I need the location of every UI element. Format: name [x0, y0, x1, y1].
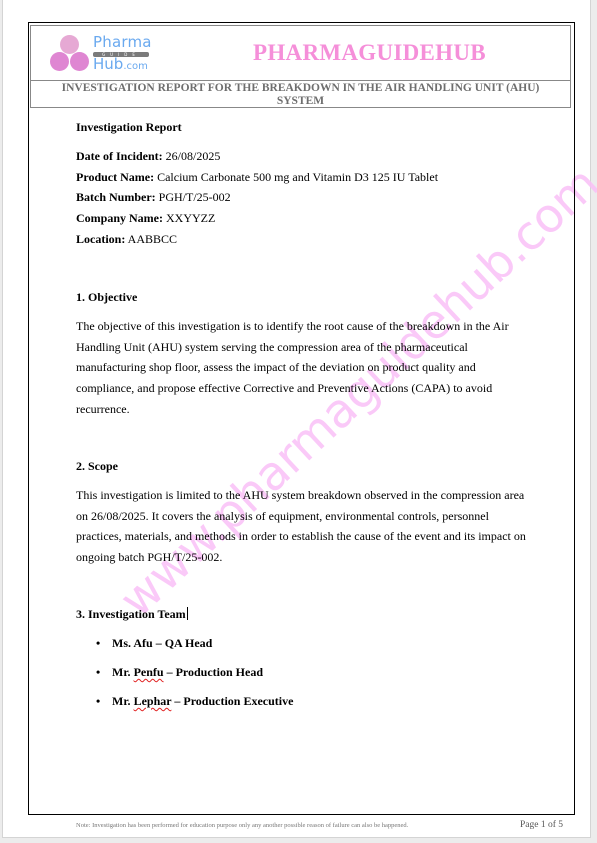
- field-label: Location:: [76, 232, 125, 246]
- scope-paragraph: This investigation is limited to the AHU…: [76, 485, 536, 568]
- section-heading-scope: 2. Scope: [76, 459, 118, 473]
- header-table: Pharma GUIDE Hub.com PHARMAGUIDEHUB INVE…: [30, 25, 571, 108]
- team-member-text: Mr. Lephar – Production Executive: [112, 694, 293, 708]
- team-member-text: Mr. Penfu – Production Head: [112, 665, 263, 679]
- logo-circle-icon: [60, 35, 79, 54]
- brand-title: PHARMAGUIDEHUB: [253, 40, 486, 66]
- bullet-icon: •: [96, 665, 100, 679]
- paragraph-line: This investigation is limited to the AHU…: [76, 485, 536, 506]
- spellcheck-flagged-word[interactable]: Lephar: [134, 694, 172, 708]
- field-label: Batch Number:: [76, 190, 156, 204]
- bullet-icon: •: [96, 636, 100, 650]
- logo-circle-icon: [50, 52, 69, 71]
- field-label: Date of Incident:: [76, 149, 163, 163]
- field-label: Product Name:: [76, 170, 154, 184]
- field-value: PGH/T/25-002: [156, 190, 231, 204]
- footer-note: Note: Investigation has been performed f…: [76, 822, 408, 829]
- field-product-name: Product Name: Calcium Carbonate 500 mg a…: [76, 170, 438, 184]
- field-batch-number: Batch Number: PGH/T/25-002: [76, 190, 231, 204]
- details-heading: Investigation Report: [76, 120, 182, 134]
- field-company-name: Company Name: XXYYZZ: [76, 211, 215, 225]
- paragraph-line: manufacturing shop floor, assess the imp…: [76, 357, 536, 378]
- paragraph-line: Handling Unit (AHU) system serving the c…: [76, 337, 536, 358]
- field-value: AABBCC: [125, 232, 177, 246]
- text-cursor: [187, 607, 188, 620]
- page-total: 5: [558, 820, 563, 830]
- document-page: www.pharmaguidehub.com Pharma GUIDE Hub.…: [2, 0, 591, 838]
- section-heading-investigation-team[interactable]: 3. Investigation Team: [76, 607, 188, 621]
- logo-dotcom: .com: [123, 61, 148, 72]
- team-member-text: Ms. Afu – QA Head: [112, 636, 212, 650]
- pharmaguidehub-logo: Pharma GUIDE Hub.com: [48, 33, 158, 75]
- section-heading-objective: 1. Objective: [76, 290, 137, 304]
- logo-hub: Hub: [93, 55, 123, 73]
- paragraph-line: ongoing batch PGH/T/25-002.: [76, 547, 536, 568]
- field-value: XXYYZZ: [163, 211, 215, 225]
- paragraph-line: practices, materials, and methods in ord…: [76, 526, 536, 547]
- report-title-line1: INVESTIGATION REPORT FOR THE BREAKDOWN I…: [31, 82, 570, 95]
- field-value: 26/08/2025: [163, 149, 221, 163]
- paragraph-line: The objective of this investigation is t…: [76, 316, 536, 337]
- logo-circle-icon: [70, 52, 89, 71]
- paragraph-line: compliance, and propose effective Correc…: [76, 378, 536, 399]
- logo-text-hub: Hub.com: [93, 55, 148, 73]
- logo-text-pharma: Pharma: [93, 33, 152, 51]
- header-brand-row: Pharma GUIDE Hub.com PHARMAGUIDEHUB: [31, 26, 570, 81]
- spellcheck-flagged-word[interactable]: Penfu: [134, 665, 164, 679]
- paragraph-line: recurrence.: [76, 399, 536, 420]
- report-title: INVESTIGATION REPORT FOR THE BREAKDOWN I…: [31, 81, 570, 108]
- field-value: Calcium Carbonate 500 mg and Vitamin D3 …: [154, 170, 438, 184]
- page-number: Page 1 of 5: [520, 820, 563, 830]
- field-date-of-incident: Date of Incident: 26/08/2025: [76, 149, 220, 163]
- field-label: Company Name:: [76, 211, 163, 225]
- objective-paragraph: The objective of this investigation is t…: [76, 316, 536, 420]
- field-location: Location: AABBCC: [76, 232, 177, 246]
- paragraph-line: on 26/08/2025. It covers the analysis of…: [76, 506, 536, 527]
- report-title-line2: SYSTEM: [31, 95, 570, 108]
- bullet-icon: •: [96, 694, 100, 708]
